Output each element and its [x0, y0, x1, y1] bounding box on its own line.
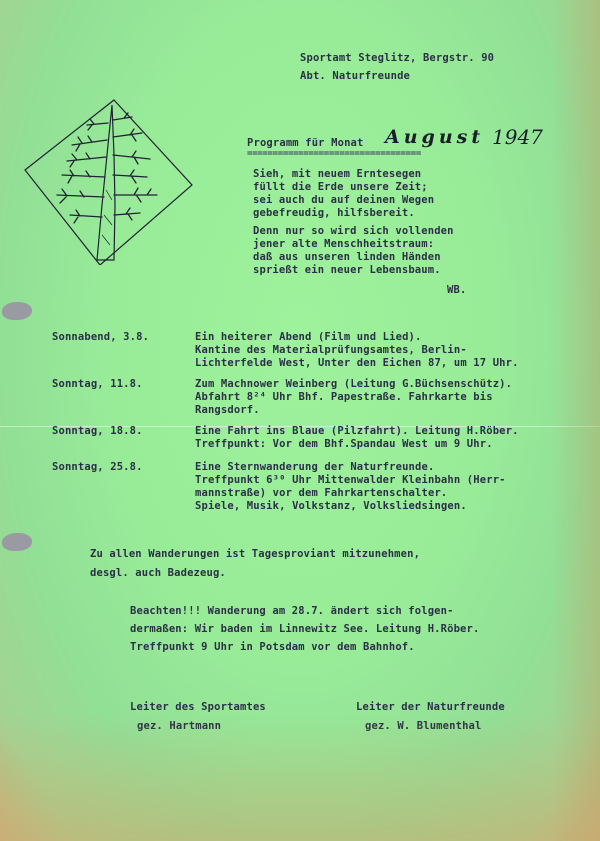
event-line: Treffpunkt: Vor dem Bhf.Spandau West um …	[195, 438, 493, 451]
notice-line: Zu allen Wanderungen ist Tagesproviant m…	[90, 548, 420, 561]
event-date: Sonntag, 25.8.	[52, 461, 143, 474]
event-line: Eine Fahrt ins Blaue (Pilzfahrt). Leitun…	[195, 425, 519, 438]
poem-line: Denn nur so wird sich vollenden	[253, 225, 454, 238]
event-line: Treffpunkt 6³⁰ Uhr Mittenwalder Kleinbah…	[195, 474, 506, 487]
poem-line: daß aus unseren linden Händen	[253, 251, 441, 264]
attention-line: Beachten!!! Wanderung am 28.7. ändert si…	[130, 605, 454, 618]
attention-line: dermaßen: Wir baden im Linnewitz See. Le…	[130, 623, 479, 636]
department-name: Abt. Naturfreunde	[300, 70, 410, 83]
notice-line: desgl. auch Badezeug.	[90, 567, 226, 580]
poem-line: sei auch du auf deinen Wegen	[253, 194, 434, 207]
event-line: Eine Sternwanderung der Naturfreunde.	[195, 461, 434, 474]
signature-role: Leiter des Sportamtes	[130, 701, 266, 714]
poem-line: gebefreudig, hilfsbereit.	[253, 207, 415, 220]
fir-tree-in-diamond-icon	[22, 95, 197, 265]
event-line: Spiele, Musik, Volkstanz, Volksliedsinge…	[195, 500, 467, 513]
attention-line: Treffpunkt 9 Uhr in Potsdam vor dem Bahn…	[130, 641, 415, 654]
event-line: Ein heiterer Abend (Film und Lied).	[195, 331, 422, 344]
poem-line: sprießt ein neuer Lebensbaum.	[253, 264, 441, 277]
event-line: Rangsdorf.	[195, 404, 260, 417]
punch-hole-top	[2, 302, 32, 320]
event-line: Kantine des Materialprüfungsamtes, Berli…	[195, 344, 467, 357]
poem-line: Sieh, mit neuem Erntesegen	[253, 168, 421, 181]
program-month-handwritten: August	[385, 126, 484, 148]
event-line: Zum Machnower Weinberg (Leitung G.Büchse…	[195, 378, 512, 391]
poem-signature: WB.	[447, 284, 466, 297]
signature-name: gez. Hartmann	[137, 720, 221, 733]
punch-hole-bottom	[2, 533, 32, 551]
event-line: Lichterfelde West, Unter den Eichen 87, …	[195, 357, 519, 370]
program-year-handwritten: 1947	[492, 125, 543, 149]
poem-line: füllt die Erde unsere Zeit;	[253, 181, 428, 194]
event-date: Sonntag, 11.8.	[52, 378, 143, 391]
event-date: Sonnabend, 3.8.	[52, 331, 149, 344]
signature-name: gez. W. Blumenthal	[365, 720, 482, 733]
title-underline: ==================================	[247, 149, 421, 159]
document-page: Sportamt Steglitz, Bergstr. 90 Abt. Natu…	[0, 0, 600, 841]
event-line: Abfahrt 8²⁴ Uhr Bhf. Papestraße. Fahrkar…	[195, 391, 493, 404]
event-date: Sonntag, 18.8.	[52, 425, 143, 438]
poem-line: jener alte Menschheitstraum:	[253, 238, 434, 251]
signature-role: Leiter der Naturfreunde	[356, 701, 505, 714]
office-address: Sportamt Steglitz, Bergstr. 90	[300, 52, 494, 65]
event-line: mannstraße) vor dem Fahrkartenschalter.	[195, 487, 447, 500]
